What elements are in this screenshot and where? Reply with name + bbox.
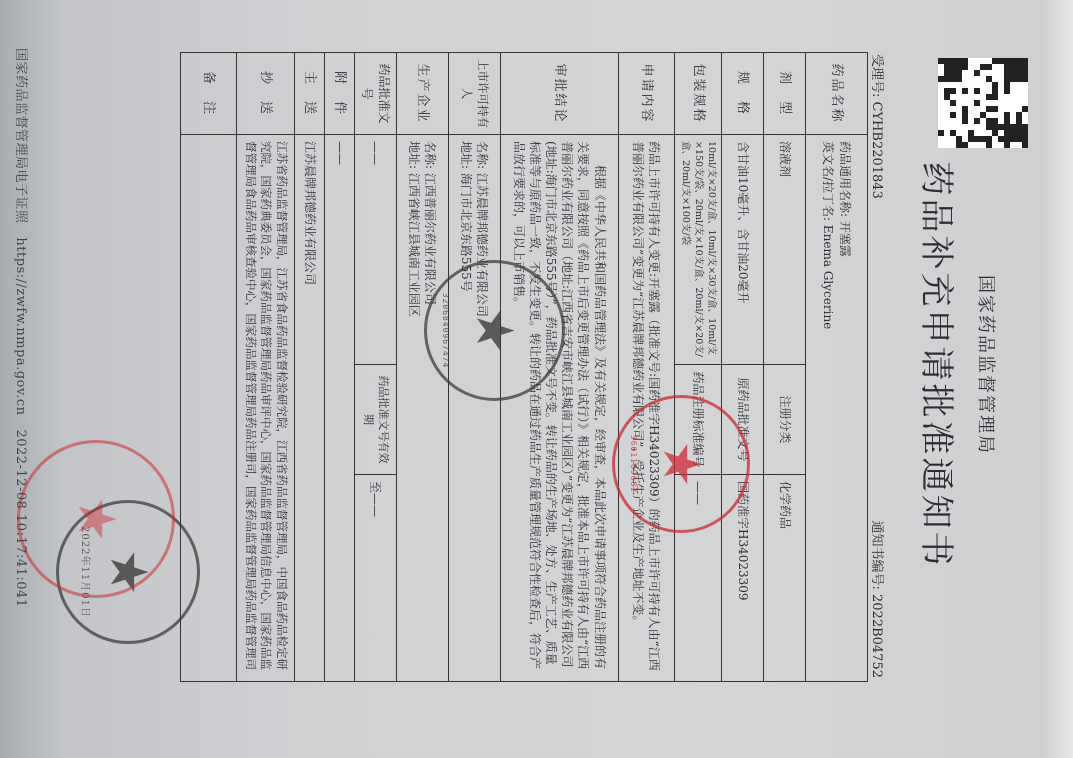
- english-name: 英文名/拉丁名: Enema Glycerine: [820, 141, 836, 675]
- acceptance-number-value: CYHB2201843: [869, 102, 884, 199]
- application-content-label: 申请内容: [618, 53, 674, 135]
- seal-number: 3601189682: [629, 435, 638, 493]
- footer-label: 国家药品监督管理局电子证照: [13, 48, 28, 224]
- remarks-label: 备 注: [181, 53, 237, 135]
- registration-class-value: 化学药品: [764, 475, 806, 682]
- attachment-label: 附 件: [325, 53, 355, 135]
- package-value: 10ml/支×20支/盒、10ml/支×30支/盒、10ml/支×150支/袋、…: [674, 135, 721, 365]
- holder-label: 上市许可持有人: [448, 53, 500, 135]
- attachment-value: ——: [325, 135, 355, 682]
- package-label: 包装规格: [674, 53, 721, 135]
- dosage-form-value: 溶液剂: [764, 135, 806, 365]
- conclusion-label: 审批结论: [500, 53, 618, 135]
- star-icon: ★: [655, 441, 707, 488]
- manufacturer-address: 地址: 江西省峡江县城南工业园区: [406, 141, 422, 675]
- notice-number: 通知书编号: 2022B04752: [869, 520, 888, 678]
- manufacturer-value: 名称: 江西普丽尔药业有限公司 地址: 江西省峡江县城南工业园区: [396, 135, 448, 682]
- seal-number: 3206840967474: [441, 293, 450, 369]
- table-row: 剂 型 溶液剂 注册分类 化学药品: [764, 53, 806, 682]
- cc-value: 江苏省药品监督管理局，江苏省食品药品监督检验研究院，江西省药品监督管理局，中国食…: [237, 135, 295, 682]
- approval-number-value: ——: [355, 135, 396, 365]
- issuing-agency: 国家药品监督管理局: [974, 20, 1000, 710]
- conclusion-value: 根据《中华人民共和国药品管理法》及有关规定，经审查，本品此次申请事项符合药品注册…: [500, 135, 618, 682]
- holder-name: 名称: 江苏晨牌邦德药业有限公司: [474, 141, 490, 675]
- dosage-form-label: 剂 型: [764, 53, 806, 135]
- main-recipient-value: 江苏晨牌邦德药业有限公司: [295, 135, 325, 682]
- holder-value: 名称: 江苏晨牌邦德药业有限公司 地址: 海门市北京东路555号: [448, 135, 500, 682]
- table-row: 药品批准文号 —— 药品批准文号有效期 至——: [355, 53, 396, 682]
- notice-number-value: 2022B04752: [869, 594, 884, 678]
- table-row: 包装规格 10ml/支×20支/盒、10ml/支×30支/盒、10ml/支×15…: [674, 53, 721, 682]
- generic-name: 药品通用名称: 开塞露: [837, 141, 853, 675]
- manufacturer-name: 名称: 江西普丽尔药业有限公司: [422, 141, 438, 675]
- footer-timestamp: 2022-12-08 10:17:41:041: [13, 429, 28, 607]
- e-certificate-footer: 国家药品监督管理局电子证照 https://zwfw.nmpa.gov.cn 2…: [13, 48, 32, 608]
- star-icon: ★: [70, 496, 122, 543]
- validity-label: 药品批准文号有效期: [355, 365, 396, 475]
- specification-label: 规 格: [722, 53, 764, 135]
- acceptance-number-label: 受理号:: [869, 54, 884, 97]
- table-row: 主 送 江苏晨牌邦德药业有限公司: [295, 53, 325, 682]
- acceptance-number: 受理号: CYHB2201843: [869, 54, 888, 199]
- validity-value: 至——: [355, 475, 396, 682]
- specification-value: 含甘油10毫升、含甘油20毫升: [722, 135, 764, 365]
- notice-number-label: 通知书编号:: [869, 520, 884, 589]
- company-seal-red-2: ★: [17, 440, 175, 598]
- table-row: 附 件 ——: [325, 53, 355, 682]
- footer-url: https://zwfw.nmpa.gov.cn: [13, 237, 28, 415]
- table-row: 申请内容 药品上市许可持有人变更:开塞露（批准文号:国药准字H34023309）…: [618, 53, 674, 682]
- company-seal-red: ★ 3601189682: [612, 395, 750, 533]
- document-title: 药品补充申请批准通知书: [915, 20, 964, 710]
- company-seal-gray: ★ 3206840967474: [424, 260, 565, 401]
- main-recipient-label: 主 送: [295, 53, 325, 135]
- approval-notice-page: 国家药品监督管理局 药品补充申请批准通知书 受理号: CYHB2201843 通…: [20, 20, 1050, 710]
- drug-name-value: 药品通用名称: 开塞露 英文名/拉丁名: Enema Glycerine: [806, 135, 868, 682]
- star-icon: ★: [469, 307, 521, 354]
- drug-name-label: 药品名称: [806, 53, 868, 135]
- cc-label: 抄 送: [237, 53, 295, 135]
- registration-class-label: 注册分类: [764, 365, 806, 475]
- table-row: 规 格 含甘油10毫升、含甘油20毫升 原药品批准文号 国药准字H3402330…: [722, 53, 764, 682]
- holder-address: 地址: 海门市北京东路555号: [458, 141, 474, 675]
- table-row: 抄 送 江苏省药品监督管理局，江苏省食品药品监督检验研究院，江西省药品监督管理局…: [237, 53, 295, 682]
- manufacturer-label: 生产企业: [396, 53, 448, 135]
- table-row: 药品名称 药品通用名称: 开塞露 英文名/拉丁名: Enema Glycerin…: [806, 53, 868, 682]
- approval-number-label: 药品批准文号: [355, 53, 396, 135]
